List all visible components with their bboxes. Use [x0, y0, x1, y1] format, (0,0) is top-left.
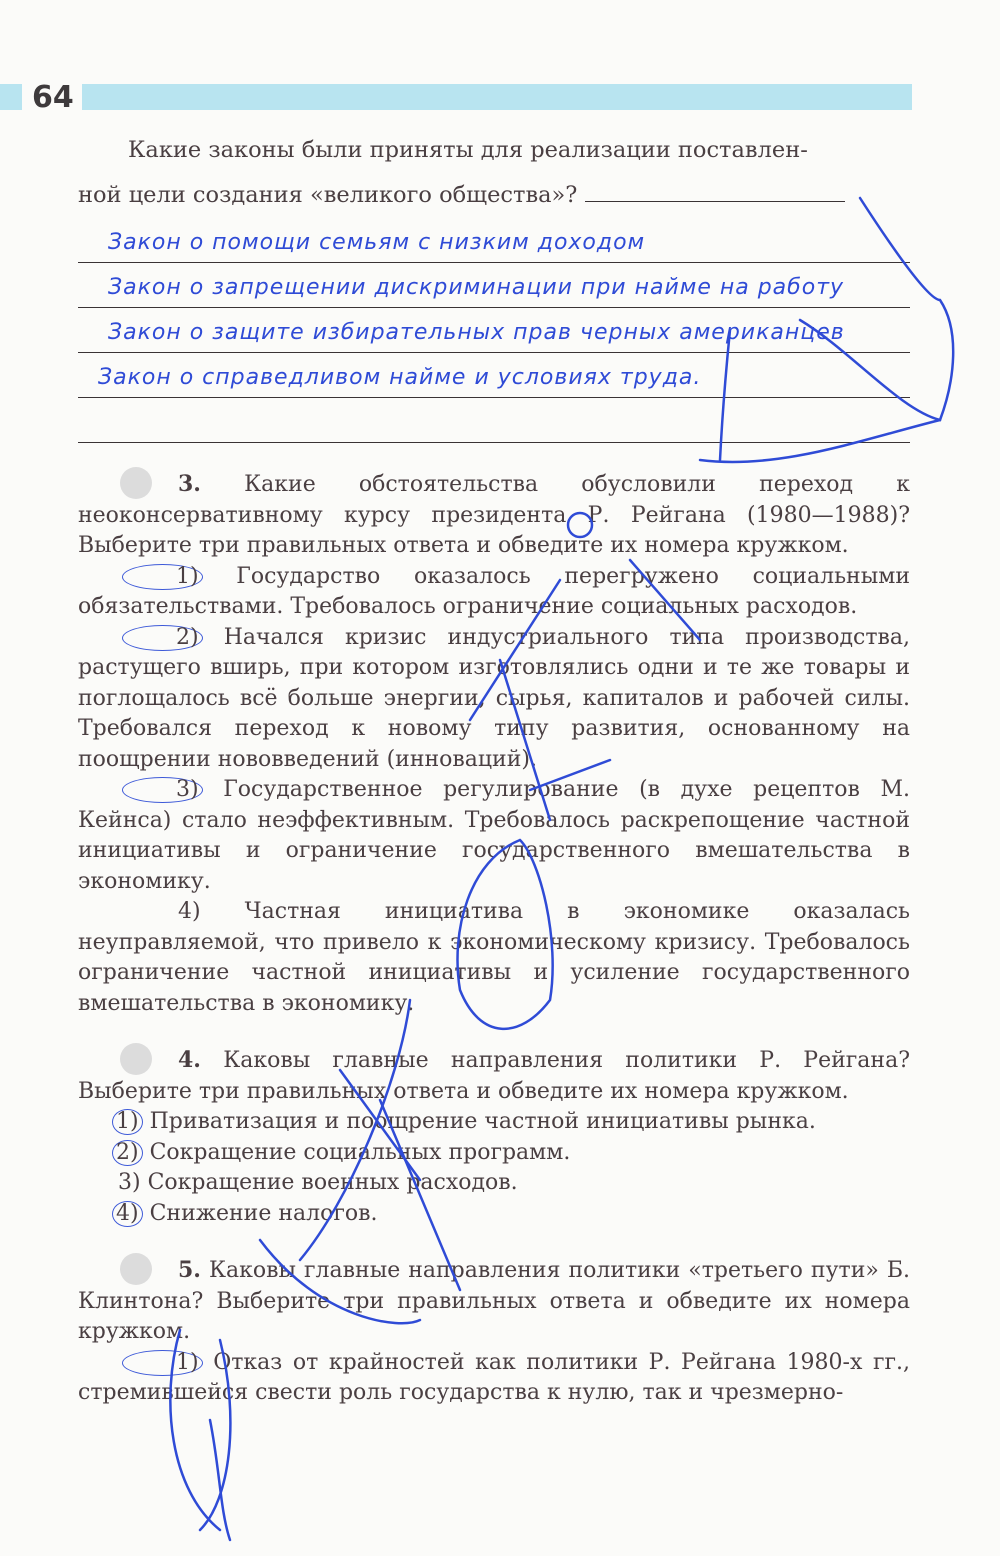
option-q4-1[interactable]: 1) Приватизация и поощрение частной иниц… — [78, 1107, 910, 1138]
option-q3-2[interactable]: 2) Начался кризис индустриального типа п… — [78, 623, 910, 776]
option-q4-2[interactable]: 2) Сокращение социальных программ. — [78, 1138, 910, 1169]
question-laws-text-line2: ной цели создания «великого общества»? — [78, 173, 910, 218]
question-4-text: Каковы главные направления политики Р. Р… — [78, 1048, 910, 1104]
option-number-circled[interactable]: 1) — [122, 564, 203, 590]
option-number-circled[interactable]: 1) — [112, 1109, 143, 1135]
option-number-circled[interactable]: 1) — [122, 1350, 203, 1376]
option-number[interactable]: 4) — [128, 897, 201, 928]
question-number: 5. — [128, 1255, 201, 1286]
question-3: 3. Какие обстоятельства обусловили перех… — [78, 469, 910, 1019]
question-4: 4. Каковы главные направления политики Р… — [78, 1045, 910, 1229]
option-q4-4[interactable]: 4) Снижение налогов. — [78, 1199, 910, 1230]
page-content: Какие законы были приняты для реализации… — [78, 128, 910, 1409]
option-text: Государство оказалось перегружено социал… — [78, 564, 910, 620]
question-number: 4. — [128, 1045, 201, 1076]
question-3-text: Какие обстоятельства обусловили переход … — [78, 472, 910, 558]
option-text: Сокращение военных расходов. — [148, 1170, 518, 1195]
question-laws-text-line1: Какие законы были приняты для реализации… — [78, 128, 910, 173]
option-number-circled[interactable]: 2) — [112, 1140, 143, 1166]
option-number-circled[interactable]: 4) — [112, 1201, 143, 1227]
option-q4-3[interactable]: 3) Сокращение военных расходов. — [78, 1168, 910, 1199]
option-number-circled[interactable]: 3) — [122, 777, 203, 803]
handwritten-answer: Закон о запрещении дискриминации при най… — [108, 273, 844, 304]
question-laws-text: ной цели создания «великого общества»? — [78, 182, 577, 208]
answer-blank-inline[interactable] — [585, 183, 845, 202]
handwritten-answer: Закон о помощи семьям с низким доходом — [108, 228, 645, 259]
option-text: Частная инициатива в экономике оказалась… — [78, 899, 910, 1016]
question-number: 3. — [128, 469, 201, 500]
answer-line[interactable]: Закон о справедливом найме и условиях тр… — [78, 353, 910, 398]
question-5-prompt: 5. Каковы главные направления политики «… — [78, 1255, 910, 1348]
option-text: Начался кризис индустриального типа прои… — [78, 625, 910, 772]
option-text: Снижение налогов. — [150, 1201, 378, 1226]
option-text: Государственное регулирование (в духе ре… — [78, 777, 910, 894]
header-strip-right — [82, 84, 912, 110]
answer-line[interactable]: Закон о помощи семьям с низким доходом — [78, 218, 910, 263]
page-header-bar — [0, 84, 912, 110]
header-strip-left — [0, 84, 22, 110]
handwritten-answer: Закон о защите избирательных прав черных… — [108, 318, 845, 349]
option-text: Сокращение социальных программ. — [150, 1140, 571, 1165]
question-3-prompt: 3. Какие обстоятельства обусловили перех… — [78, 469, 910, 562]
question-4-prompt: 4. Каковы главные направления политики Р… — [78, 1045, 910, 1107]
page-number: 64 — [32, 80, 74, 115]
option-q3-3[interactable]: 3) Государственное регулирование (в духе… — [78, 775, 910, 897]
answer-line[interactable] — [78, 398, 910, 443]
answer-lines: Закон о помощи семьям с низким доходом З… — [78, 218, 910, 443]
question-laws: Какие законы были приняты для реализации… — [78, 128, 910, 443]
question-5: 5. Каковы главные направления политики «… — [78, 1255, 910, 1409]
option-number[interactable]: 3) — [118, 1168, 141, 1199]
handwritten-answer: Закон о справедливом найме и условиях тр… — [98, 363, 701, 394]
option-text: Приватизация и поощрение частной инициат… — [150, 1109, 816, 1134]
question-5-text: Каковы главные направления политики «тре… — [78, 1258, 910, 1344]
option-q5-1[interactable]: 1) Отказ от крайностей как политики Р. Р… — [78, 1348, 910, 1409]
option-number-circled[interactable]: 2) — [122, 625, 203, 651]
option-text: Отказ от крайностей как политики Р. Рейг… — [78, 1350, 910, 1406]
option-q3-4[interactable]: 4) Частная инициатива в экономике оказал… — [78, 897, 910, 1019]
answer-line[interactable]: Закон о защите избирательных прав черных… — [78, 308, 910, 353]
option-q3-1[interactable]: 1) Государство оказалось перегружено соц… — [78, 562, 910, 623]
answer-line[interactable]: Закон о запрещении дискриминации при най… — [78, 263, 910, 308]
